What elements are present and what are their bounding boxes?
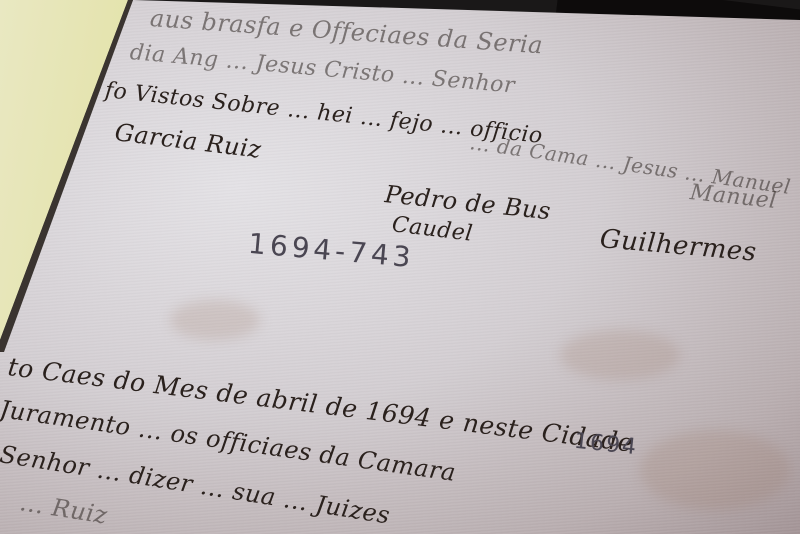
paper-stain (560, 330, 680, 380)
paper-stain (170, 300, 260, 340)
paper-stain (640, 430, 790, 510)
manuscript-photo: aus brasfa e Offeciaes da Seria dia Ang … (0, 0, 800, 534)
